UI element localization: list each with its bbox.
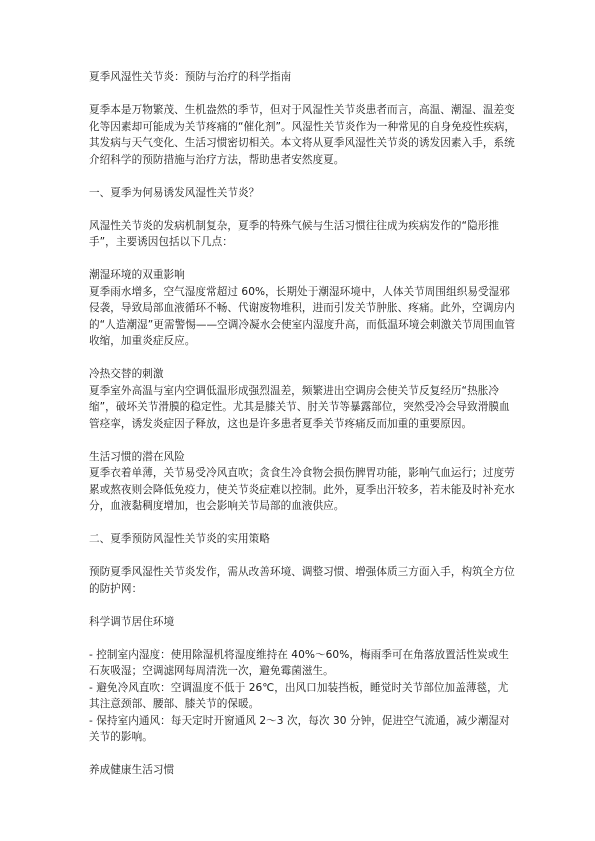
section1-heading: 一、夏季为何易诱发风湿性关节炎？ xyxy=(89,185,519,202)
strategy1-title: 科学调节居住环境 xyxy=(89,614,519,631)
section1-lead: 风湿性关节炎的发病机制复杂，夏季的特殊气候与生活习惯往往成为疾病发作的“隐形推手… xyxy=(89,218,519,251)
document-title: 夏季风湿性关节炎：预防与治疗的科学指南 xyxy=(89,69,519,86)
bullet-cold-wind: - 避免冷风直吹：空调温度不低于 26℃，出风口加装挡板，睡觉时关节部位加盖薄毯… xyxy=(89,680,519,713)
section2-heading: 二、夏季预防风湿性关节炎的实用策略 xyxy=(89,531,519,548)
section2-lead: 预防夏季风湿性关节炎发作，需从改善环境、调整习惯、增强体质三方面入手，构筑全方位… xyxy=(89,564,519,597)
factor1-title: 潮湿环境的双重影响 xyxy=(89,267,519,284)
intro-paragraph: 夏季本是万物繁茂、生机盎然的季节，但对于风湿性关节炎患者而言，高温、潮湿、温差变… xyxy=(89,102,519,168)
strategy2-title: 养成健康生活习惯 xyxy=(89,762,519,779)
factor3-title: 生活习惯的潜在风险 xyxy=(89,449,519,466)
factor3-body: 夏季衣着单薄，关节易受冷风直吹；贪食生冷食物会损伤脾胃功能，影响气血运行；过度劳… xyxy=(89,465,519,515)
factor2-body: 夏季室外高温与室内空调低温形成强烈温差，频繁进出空调房会使关节反复经历“热胀冷缩… xyxy=(89,383,519,433)
factor1-body: 夏季雨水增多，空气湿度常超过 60%，长期处于潮湿环境中，人体关节周围组织易受湿… xyxy=(89,284,519,350)
factor2-title: 冷热交替的刺激 xyxy=(89,366,519,383)
bullet-ventilation: - 保持室内通风：每天定时开窗通风 2～3 次，每次 30 分钟，促进空气流通，… xyxy=(89,713,519,746)
bullet-humidity: - 控制室内湿度：使用除湿机将湿度维持在 40%～60%，梅雨季可在角落放置活性… xyxy=(89,647,519,680)
document-page: 夏季风湿性关节炎：预防与治疗的科学指南 夏季本是万物繁茂、生机盎然的季节，但对于… xyxy=(89,69,519,779)
